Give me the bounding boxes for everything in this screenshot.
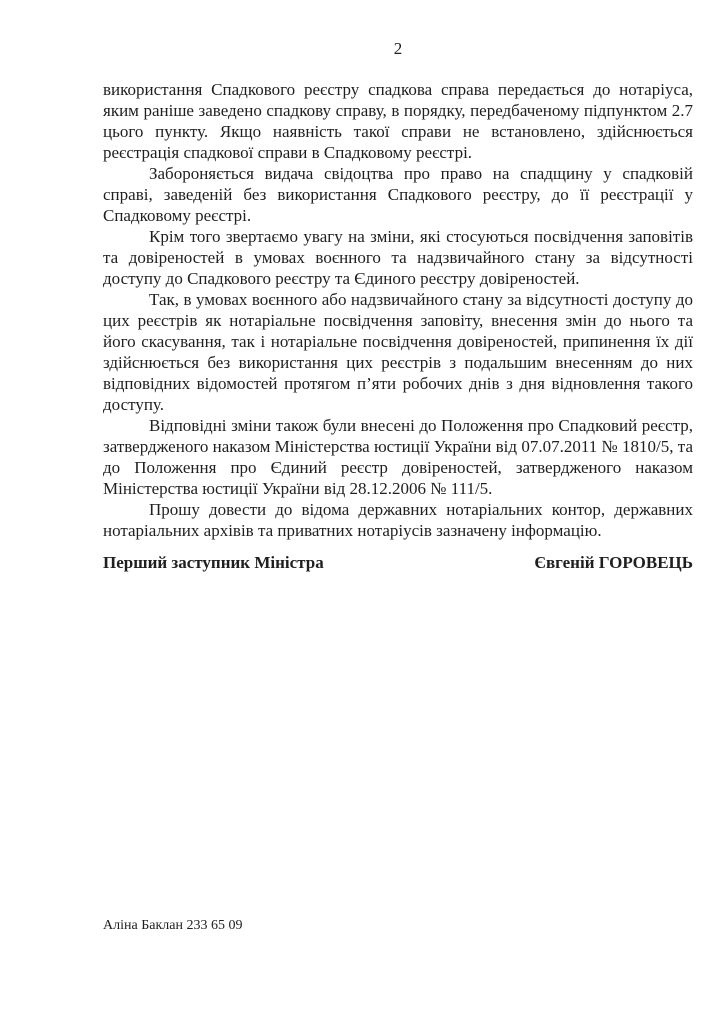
document-body: використання Спадкового реєстру спадкова… [103, 79, 693, 541]
paragraph: використання Спадкового реєстру спадкова… [103, 79, 693, 163]
footer-contact: Аліна Баклан 233 65 09 [103, 917, 242, 934]
paragraph: Забороняється видача свідоцтва про право… [103, 163, 693, 226]
signature-name: Євгеній ГОРОВЕЦЬ [534, 552, 693, 573]
paragraph: Крім того звертаємо увагу на зміни, які … [103, 226, 693, 289]
signature-block: Перший заступник Міністра Євгеній ГОРОВЕ… [103, 552, 693, 573]
paragraph: Прошу довести до відома державних нотарі… [103, 499, 693, 541]
page-number: 2 [103, 39, 693, 58]
paragraph: Відповідні зміни також були внесені до П… [103, 415, 693, 499]
document-page: 2 використання Спадкового реєстру спадко… [0, 0, 725, 1024]
signature-position: Перший заступник Міністра [103, 552, 324, 573]
paragraph: Так, в умовах воєнного або надзвичайного… [103, 289, 693, 415]
